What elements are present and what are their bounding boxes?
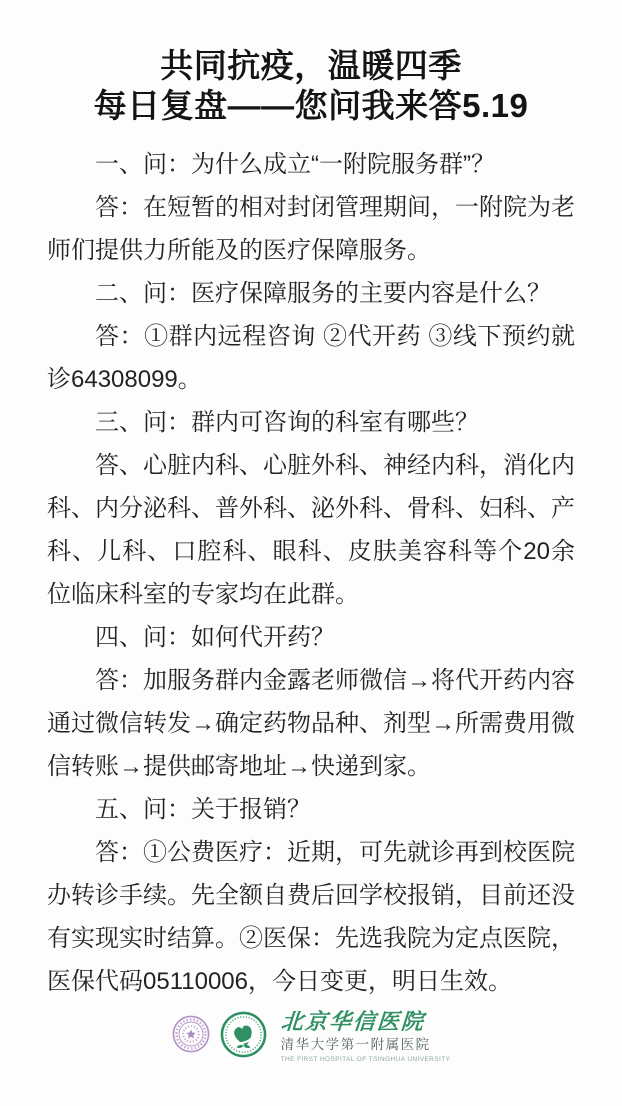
- answer-3: 答、心脏内科、心脏外科、神经内科，消化内科、内分泌科、普外科、泌外科、骨科、妇科…: [47, 444, 575, 616]
- hospital-name-chinese: 清华大学第一附属医院: [281, 1036, 451, 1053]
- title-line-1: 共同抗疫，温暖四季: [160, 47, 462, 84]
- page-title: 共同抗疫，温暖四季 每日复盘——您问我来答5.19: [0, 0, 622, 126]
- answer-2: 答：①群内远程咨询 ②代开药 ③线下预约就诊64308099。: [47, 315, 575, 401]
- answer-4: 答：加服务群内金露老师微信→将代开药内容通过微信转发→确定药物品种、剂型→所需费…: [47, 659, 575, 788]
- title-line-2: 每日复盘——您问我来答5.19: [94, 87, 529, 124]
- notice-poster: 共同抗疫，温暖四季 每日复盘——您问我来答5.19 一、问：为什么成立“一附院服…: [0, 0, 622, 1106]
- answer-5: 答：①公费医疗：近期，可先就诊再到校医院办转诊手续。先全额自费后回学校报销，目前…: [47, 831, 575, 1003]
- tsinghua-university-seal-icon: [172, 1015, 210, 1058]
- qa-content: 一、问：为什么成立“一附院服务群”？ 答：在短暂的相对封闭管理期间，一附院为老师…: [47, 143, 575, 1003]
- hospital-name-calligraphy: 北京华信医院: [280, 1009, 451, 1035]
- question-1: 一、问：为什么成立“一附院服务群”？: [47, 143, 575, 186]
- hospital-name-block: 北京华信医院 清华大学第一附属医院 THE FIRST HOSPITAL OF …: [281, 1009, 451, 1064]
- question-5: 五、问：关于报销？: [47, 788, 575, 831]
- hospital-name-english: THE FIRST HOSPITAL OF TSINGHUA UNIVERSIT…: [281, 1055, 451, 1064]
- question-3: 三、问：群内可咨询的科室有哪些？: [47, 401, 575, 444]
- question-2: 二、问：医疗保障服务的主要内容是什么？: [47, 272, 575, 315]
- footer-logos: 北京华信医院 清华大学第一附属医院 THE FIRST HOSPITAL OF …: [0, 1009, 622, 1064]
- answer-1: 答：在短暂的相对封闭管理期间，一附院为老师们提供力所能及的医疗保障服务。: [47, 186, 575, 272]
- question-4: 四、问：如何代开药？: [47, 616, 575, 659]
- hospital-heart-logo-icon: [220, 1011, 267, 1063]
